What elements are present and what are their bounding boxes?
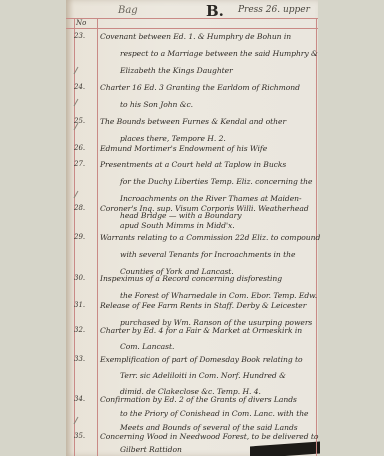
entry-line: Terr. sic Adeliloiti in Com. Norf. Hundr…: [120, 367, 286, 384]
entry-number: 26.: [74, 140, 85, 157]
entry-line: The Bounds between Furnes & Kendal and o…: [100, 113, 286, 130]
entry-line: Coroner's Inq. sup. Visum Corporis Willi…: [100, 200, 309, 217]
entry-line: Covenant between Ed. 1. & Humphry de Boh…: [100, 28, 291, 45]
entry-line: Charter 16 Ed. 3 Granting the Earldom of…: [100, 79, 300, 96]
entry-line: respect to a Marriage between the said H…: [120, 45, 318, 62]
entry-line: Exemplification of part of Domesday Book…: [100, 351, 303, 368]
entry-number: 27.: [74, 156, 85, 173]
entry-line: for the Duchy Liberties Temp. Eliz. conc…: [120, 173, 312, 190]
entry-number: 25.: [74, 113, 85, 130]
entry-number: 33.: [74, 351, 85, 368]
number-column-label: No: [76, 19, 86, 27]
entry-line: Release of Fee Farm Rents in Staff. Derb…: [100, 297, 306, 314]
entry-number: 34.: [74, 391, 85, 408]
entry-number: 24.: [74, 79, 85, 96]
entry-line: Elizabeth the Kings Daughter: [120, 62, 233, 79]
entry-line: with several Tenants for Incroachments i…: [120, 246, 295, 263]
entry-number: 31.: [74, 297, 85, 314]
page-header: Bag B. Press 26. upper: [66, 2, 318, 18]
entry-line: Edmund Mortimer's Endowment of his Wife: [100, 140, 267, 157]
entry-line: to his Son John &c.: [120, 96, 193, 113]
entry-number: 29.: [74, 229, 85, 246]
press-label: Press 26. upper: [238, 5, 310, 15]
entry-number: 30.: [74, 270, 85, 287]
bag-label: Bag: [118, 5, 138, 16]
entry-line: Inspeximus of a Record concerning disfor…: [100, 270, 282, 287]
entry-number: 28.: [74, 200, 85, 217]
entry-line: Warrants relating to a Commission 22d El…: [100, 229, 320, 246]
entry-line: Charter by Ed. 4 for a Fair & Market at …: [100, 322, 302, 339]
entry-number: 32.: [74, 322, 85, 339]
header-rule: [66, 18, 318, 19]
entry-line: Gilbert Rattidon: [120, 441, 182, 456]
number-column-rule: [97, 18, 98, 456]
entry-line: Presentments at a Court held at Taplow i…: [100, 156, 286, 173]
entry-number: 35.: [74, 428, 85, 445]
entry-number: 23.: [74, 28, 85, 45]
